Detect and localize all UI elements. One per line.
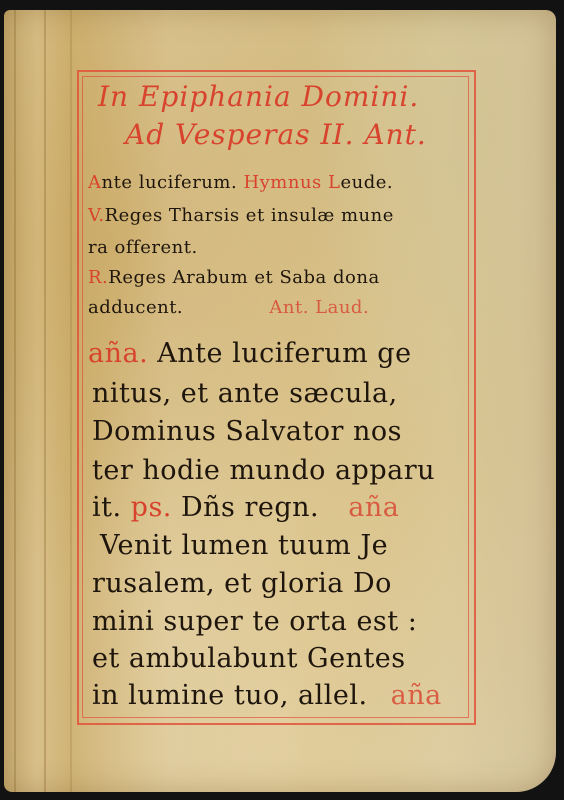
big-line-1: aña. Ante luciferum ge — [88, 338, 412, 369]
big-line-2: nitus, et ante sæcula, — [92, 378, 398, 409]
big-line-3: Dominus Salvator nos — [92, 416, 402, 447]
rubric-tail: Hymnus — [243, 172, 321, 193]
big-line-5: it. ps. Dñs regn. aña — [92, 492, 399, 523]
big-line-7: rusalem, et gloria Do — [92, 568, 392, 599]
line-text: Reges Arabum et Saba dona — [108, 267, 379, 288]
rubric-tail: aña — [348, 492, 399, 523]
big-line-10: in lumine tuo, allel. aña — [92, 680, 442, 711]
rubric-initial: V. — [88, 205, 105, 226]
rubric-initial: A — [88, 172, 102, 193]
line-text: Venit lumen tuum Je — [100, 530, 388, 561]
small-line-3: ra offerent. — [88, 237, 198, 258]
rubric-tail: Ant. Laud. — [269, 297, 369, 318]
photo-stage: In Epiphania Domini. Ad Vesperas II. Ant… — [0, 0, 564, 800]
line-text: ra offerent. — [88, 237, 198, 258]
small-line-1: Ante luciferum. Hymnus Leude. — [88, 172, 393, 193]
small-line-5: adducent. Ant. Laud. — [88, 297, 369, 318]
line-text: nte luciferum. — [102, 172, 238, 193]
heading-line-1: In Epiphania Domini. — [98, 80, 419, 113]
fold-crease — [14, 10, 16, 792]
line-text: mini super te orta est : — [92, 606, 417, 637]
line-text: it. — [92, 492, 122, 523]
small-line-2: V.Reges Tharsis et insulæ mune — [88, 205, 394, 226]
rubric-initial: R. — [88, 267, 108, 288]
line-text: in lumine tuo, allel. — [92, 680, 368, 711]
line-text: ter hodie mundo apparu — [92, 455, 435, 486]
rubric-tail-initial: L — [328, 172, 340, 193]
rubric-tail: aña — [391, 680, 442, 711]
tail-text: eude. — [340, 172, 393, 193]
line-text-2: Dñs regn. — [181, 492, 319, 523]
line-text: et ambulabunt Gentes — [92, 643, 406, 674]
rubric-initial: aña. — [88, 338, 148, 369]
line-text: Ante luciferum ge — [157, 338, 411, 369]
line-text: adducent. — [88, 297, 183, 318]
small-line-4: R.Reges Arabum et Saba dona — [88, 267, 380, 288]
rubric-psalm: ps. — [131, 492, 172, 523]
line-text: Reges Tharsis et insulæ mune — [105, 205, 394, 226]
big-line-4: ter hodie mundo apparu — [92, 455, 435, 486]
line-text: Dominus Salvator nos — [92, 416, 402, 447]
line-text: nitus, et ante sæcula, — [92, 378, 398, 409]
line-text: rusalem, et gloria Do — [92, 568, 392, 599]
big-line-8: mini super te orta est : — [92, 606, 417, 637]
big-line-9: et ambulabunt Gentes — [92, 643, 406, 674]
big-line-6: Venit lumen tuum Je — [100, 530, 388, 561]
heading-line-2: Ad Vesperas II. Ant. — [125, 118, 427, 151]
fold-crease — [44, 10, 46, 792]
fold-crease — [70, 10, 72, 792]
